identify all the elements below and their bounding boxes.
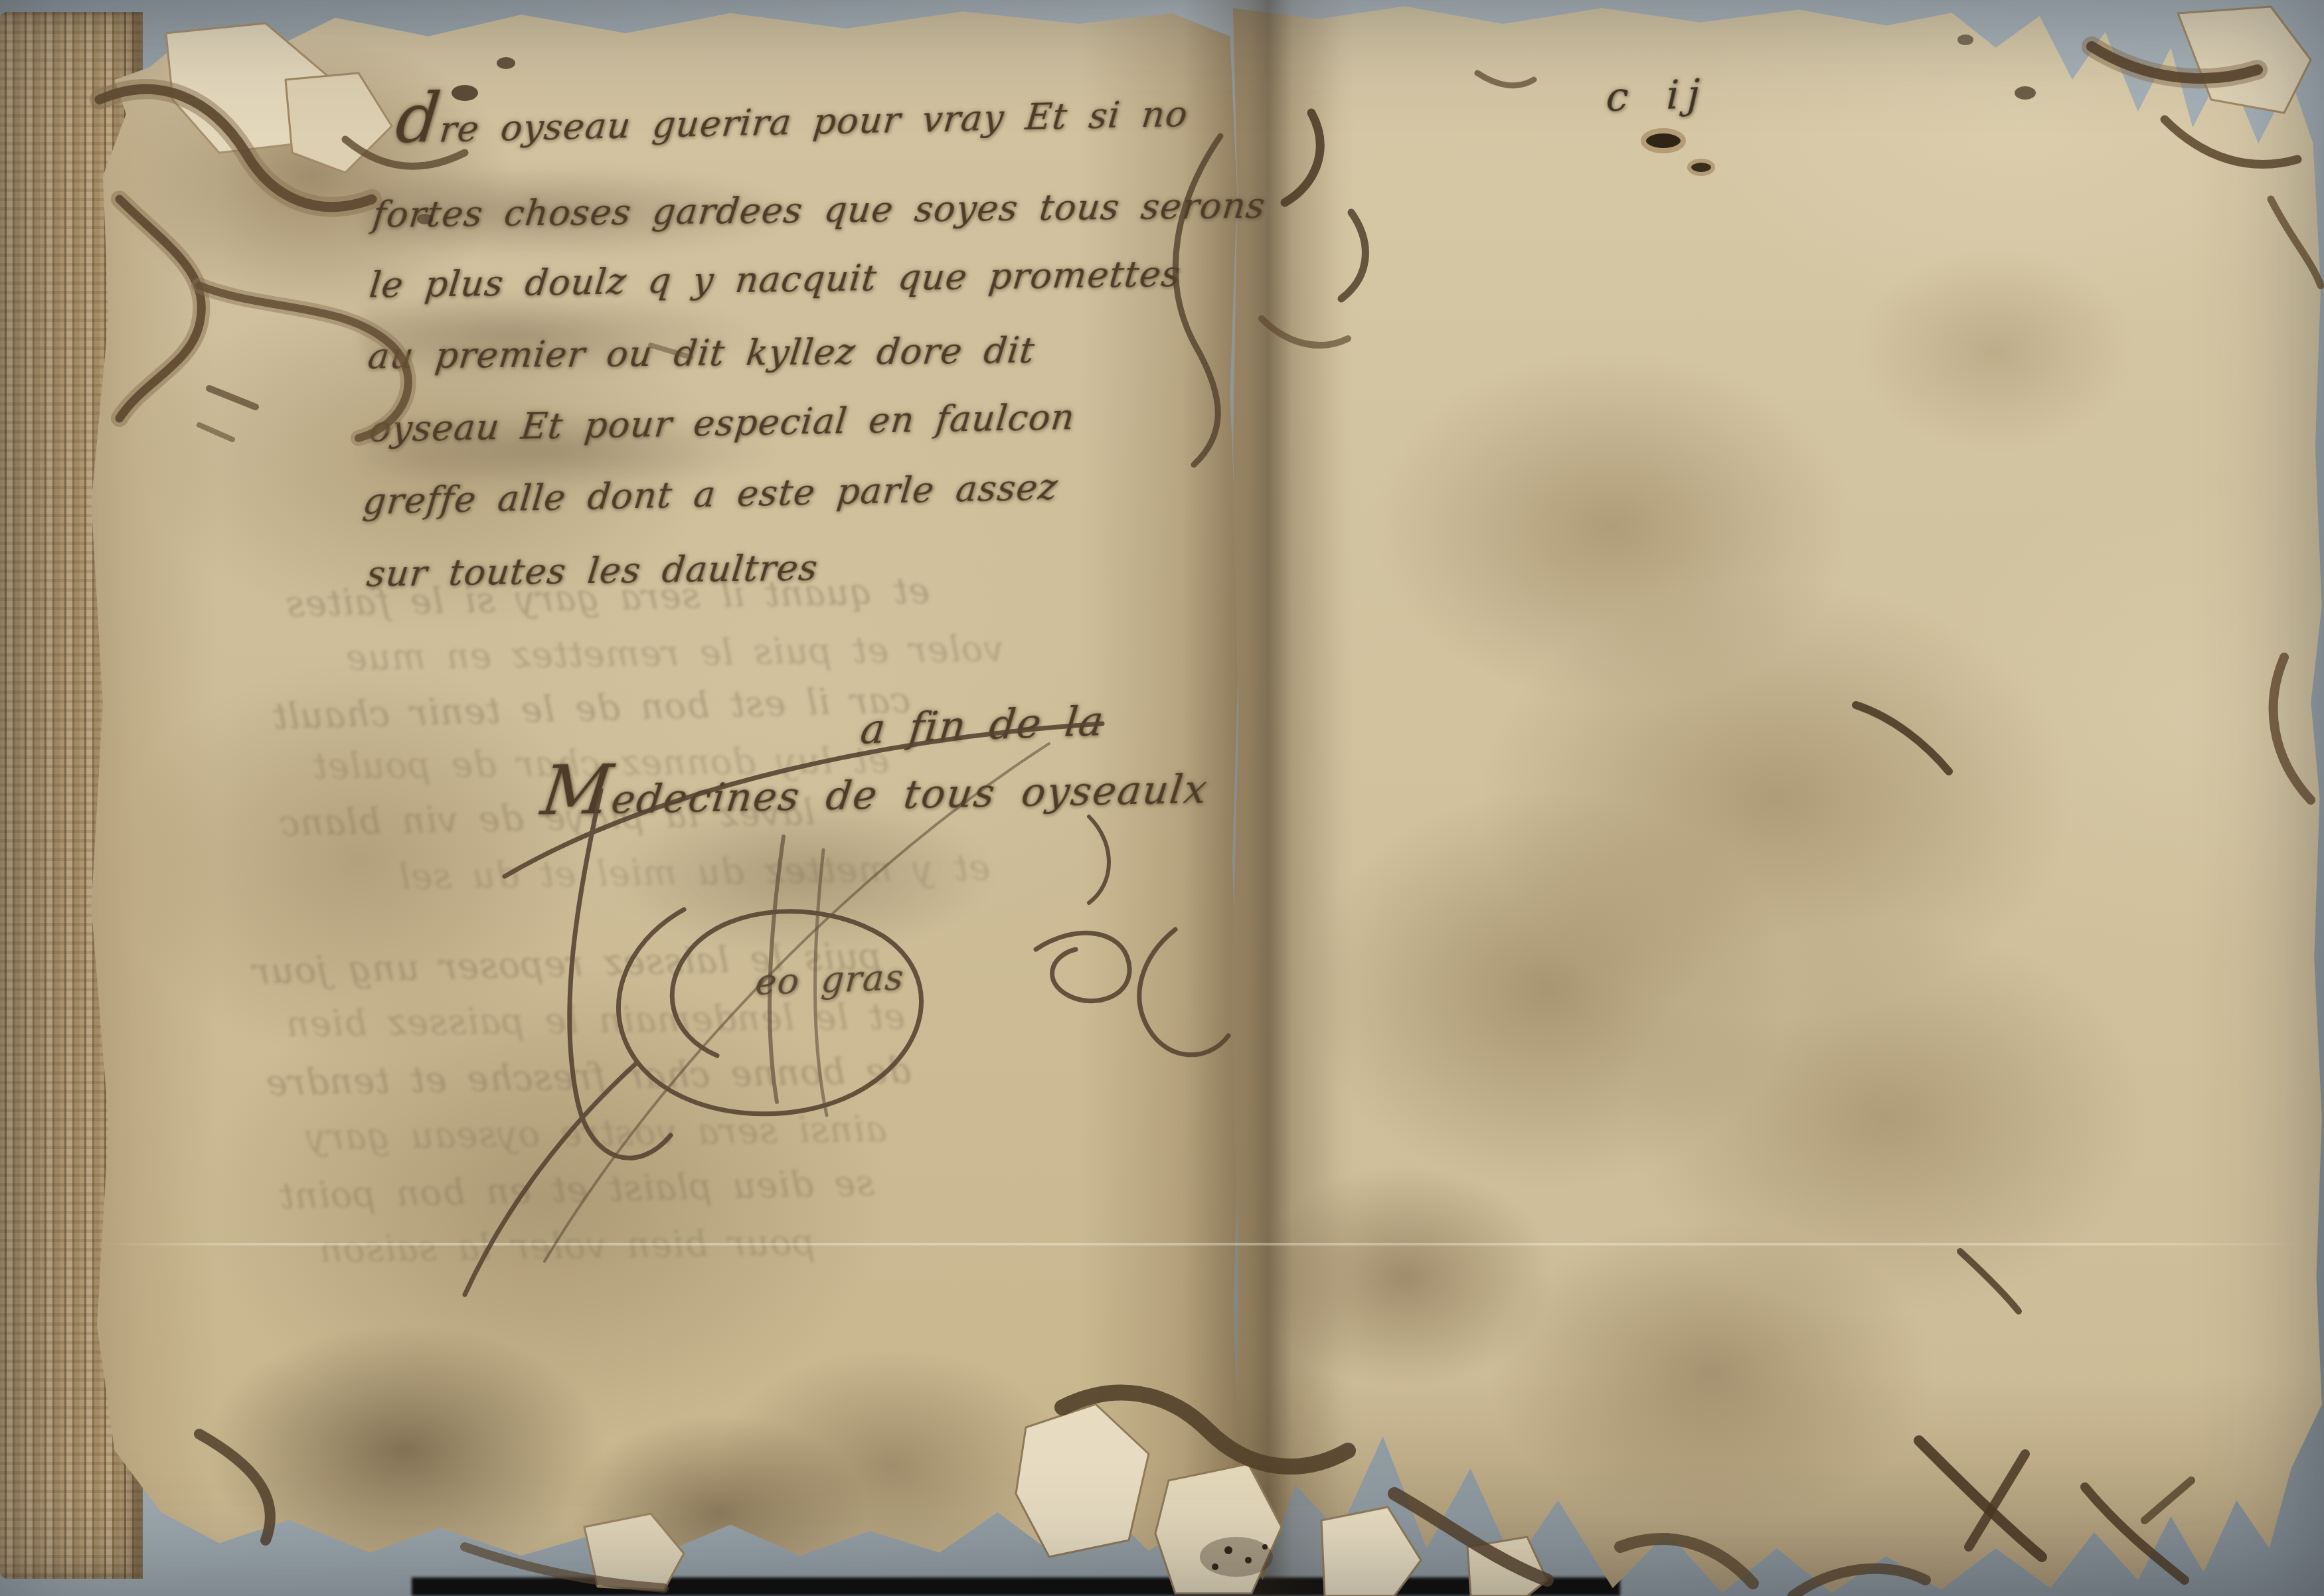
horizontal-crease-line	[100, 1243, 2311, 1245]
colophon-deo-gracias: eo gras	[754, 956, 906, 1003]
manuscript-scan: et quant il sera gary si le faites voler…	[0, 0, 2324, 1596]
bleedthrough-line: et le lendemain le paissez bien	[286, 995, 906, 1044]
scanner-bed-strip	[412, 1577, 1620, 1596]
bleedthrough-line: pour bien voler la saison	[319, 1221, 816, 1271]
manuscript-line: sur toutes les daultres	[365, 547, 820, 595]
right-page	[1230, 0, 2324, 1596]
bleedthrough-line: ainsi sera vostre oyseau gary	[305, 1108, 887, 1158]
folio-mark: c ij	[1606, 71, 1708, 121]
explicit-line: a fin de la	[858, 696, 1106, 754]
manuscript-line: au premier ou dit kyllez dore dit	[366, 329, 1037, 377]
